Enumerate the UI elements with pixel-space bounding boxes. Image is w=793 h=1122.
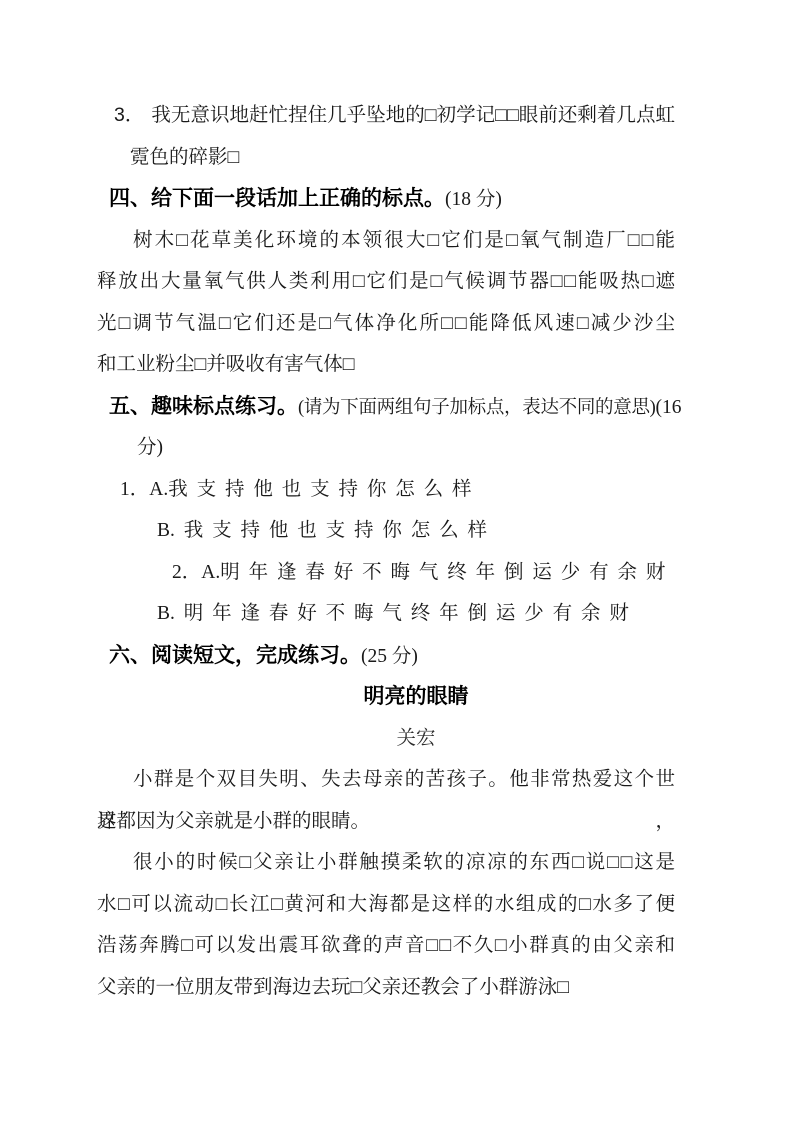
option-line-1b: B. 我 支 持 他 也 支 持 你 怎 么 样 (97, 510, 675, 552)
section-5-title: 五、趣味标点练习。 (109, 395, 298, 418)
section-5-score-open: (16 (656, 397, 682, 418)
question-3-number: 3． (114, 104, 144, 126)
section-4-paragraph-line: 光□调节气温□它们还是□气体净化所□□能降低风速□减少沙尘 (97, 303, 675, 345)
passage-paragraph-line: 水□可以流动□长江□黄河和大海都是这样的水组成的□水多了便 (97, 884, 675, 926)
passage-paragraph-line: 很小的时候□父亲让小群触摸柔软的凉凉的东西□说□□这是 (97, 842, 675, 884)
section-4-paragraph-line: 和工业粉尘□并吸收有害气体□ (97, 344, 675, 386)
passage-author: 关宏 (97, 718, 675, 760)
section-6-score: (25 分) (361, 646, 418, 667)
section-4-paragraph-line: 树木□花草美化环境的本领很大□它们是□氧气制造厂□□能 (97, 220, 675, 262)
option-line-2b: B. 明 年 逢 春 好 不 晦 气 终 年 倒 运 少 有 余 财 (97, 593, 675, 635)
section-5-heading: 五、趣味标点练习。(请为下面两组句子加标点，表达不同的意思)(16 (97, 386, 675, 428)
section-6-title: 六、阅读短文，完成练习。 (109, 644, 361, 667)
section-5-score-wrap: 分) (97, 427, 675, 469)
worksheet-page: 3．我无意识地赶忙捏住几乎坠地的□初学记□□眼前还剩着几点虹 霓色的碎影□ 四、… (0, 0, 793, 1122)
section-5-note: (请为下面两组句子加标点，表达不同的意思) (298, 398, 656, 418)
section-4-title: 四、给下面一段话加上正确的标点。 (109, 187, 445, 210)
question-3-line-1: 3．我无意识地赶忙捏住几乎坠地的□初学记□□眼前还剩着几点虹 (97, 95, 675, 137)
option-line-1a: 1．A.我 支 持 他 也 支 持 你 怎 么 样 (97, 469, 675, 511)
passage-paragraph-line: 父亲的一位朋友带到海边去玩□父亲还教会了小群游泳□ (97, 967, 675, 1009)
section-4-paragraph-line: 释放出大量氧气供人类利用□它们是□气候调节器□□能吸热□遮 (97, 261, 675, 303)
question-3-text: 我无意识地赶忙捏住几乎坠地的□初学记□□眼前还剩着几点虹 (151, 105, 675, 126)
option-line-2a: 2．A.明 年 逢 春 好 不 晦 气 终 年 倒 运 少 有 余 财 (97, 552, 675, 594)
section-4-heading: 四、给下面一段话加上正确的标点。(18 分) (97, 178, 675, 220)
passage-title: 明亮的眼睛 (97, 676, 675, 718)
section-6-heading: 六、阅读短文，完成练习。(25 分) (97, 635, 675, 677)
section-4-score: (18 分) (445, 189, 502, 210)
passage-paragraph-line: 小群是个双目失明、失去母亲的苦孩子。他非常热爱这个世界， (97, 759, 675, 801)
passage-paragraph-line: 浩荡奔腾□可以发出震耳欲聋的声音□□不久□小群真的由父亲和 (97, 925, 675, 967)
worksheet-content: 3．我无意识地赶忙捏住几乎坠地的□初学记□□眼前还剩着几点虹 霓色的碎影□ 四、… (97, 95, 675, 1008)
question-3-line-2: 霓色的碎影□ (97, 137, 675, 179)
